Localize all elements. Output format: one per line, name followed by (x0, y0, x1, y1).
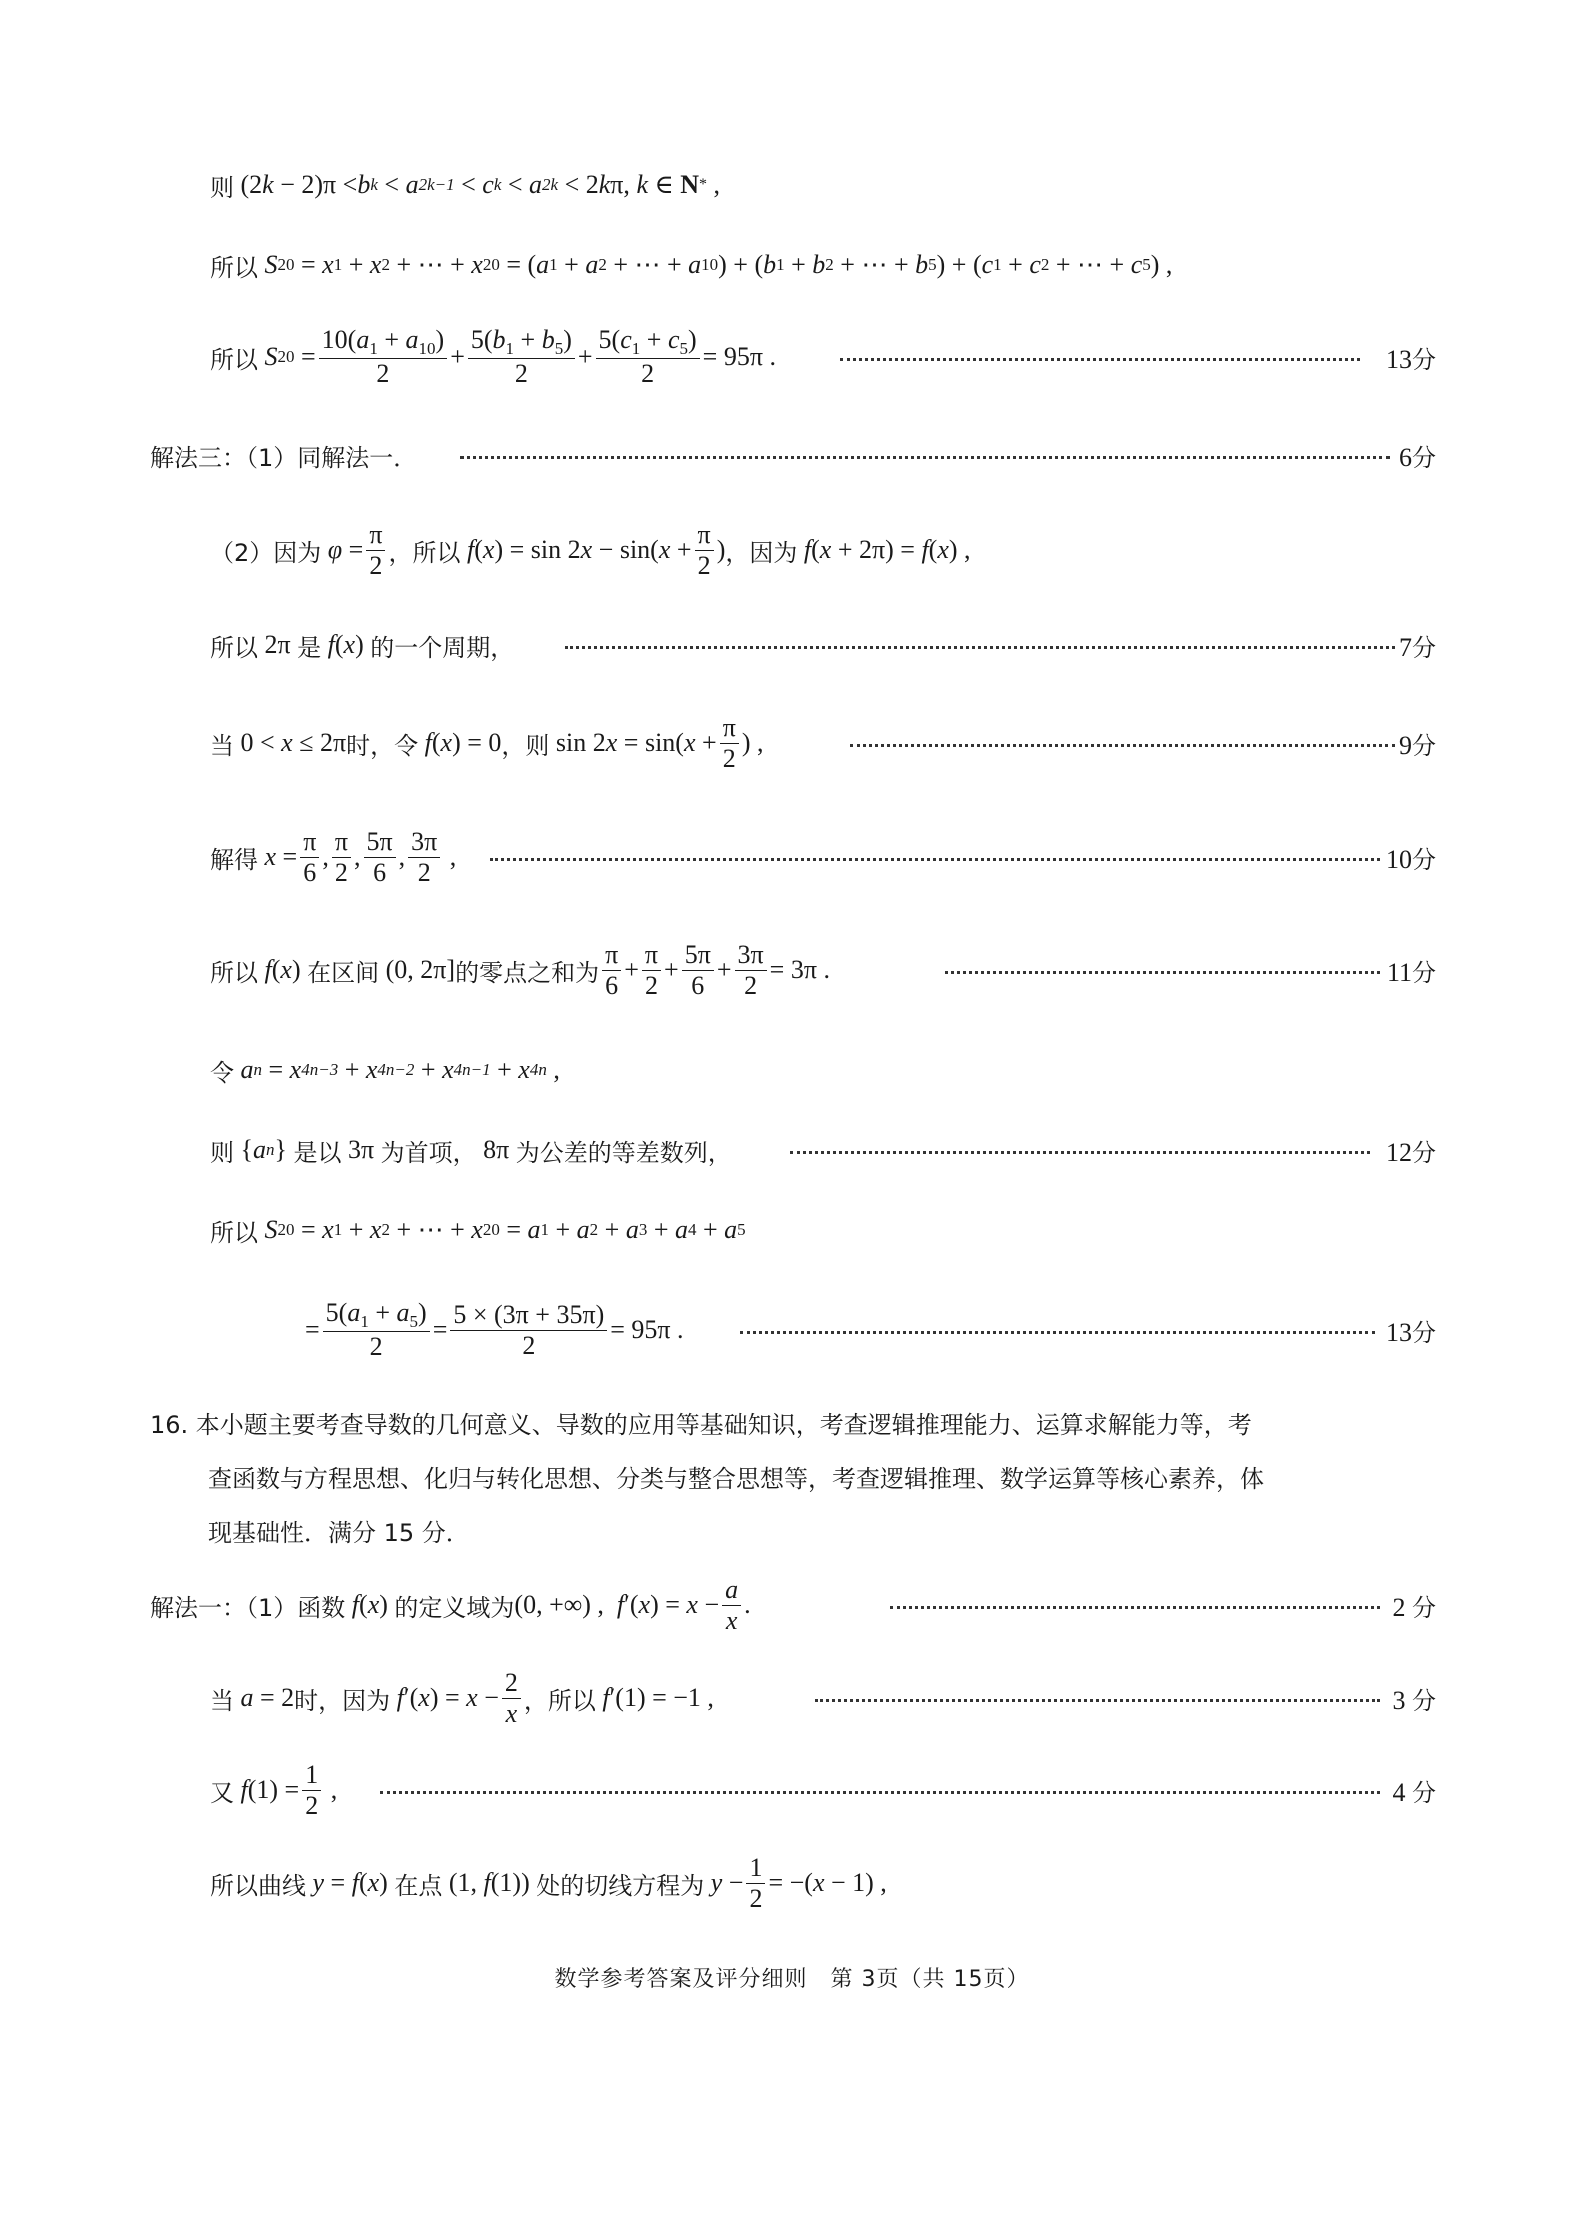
score-6: 6分 (1399, 438, 1436, 473)
line-method3-part1: 解法三：（1）同解法一． 6分 (0, 410, 1584, 500)
score-4: 4 分 (1393, 1773, 1437, 1808)
line-s20-decomposition: 所以 S20 = x1 + x2 + ⋯ + x20 = (a1 + a2 + … (0, 220, 1584, 310)
leader-dots (790, 1149, 1370, 1154)
leader-dots (850, 742, 1395, 747)
answer-key-page: 则 (2k − 2)π < bk < a2k−1 < ck < a2k < 2k… (0, 0, 1584, 2240)
score-12: 12分 (1386, 1133, 1436, 1168)
question-16-description: 16. 本小题主要考查导数的几何意义、导数的应用等基础知识，考查逻辑推理能力、运… (150, 1398, 1440, 1560)
leader-dots (460, 454, 1390, 459)
score-13: 13分 (1386, 340, 1436, 375)
leader-dots (945, 969, 1380, 974)
score-13: 13分 (1386, 1313, 1436, 1348)
line-s20-result-method3: = 5(a1 + a5)2= 5 × (3π + 35π)2 = 95π . 1… (0, 1285, 1584, 1375)
line-arithmetic-seq: 则 {an} 是以 3π 为首项， 8π 为公差的等差数列， 12分 (0, 1105, 1584, 1195)
line-define-an: 令 an = x4n−3 + x4n−2 + x4n−1 + x4n , (0, 1025, 1584, 1115)
score-2: 2 分 (1393, 1588, 1437, 1623)
score-11: 11分 (1387, 953, 1436, 988)
score-7: 7分 (1399, 628, 1436, 663)
line-inequality-chain: 则 (2k − 2)π < bk < a2k−1 < ck < a2k < 2k… (0, 140, 1584, 230)
score-10: 10分 (1386, 840, 1436, 875)
score-9: 9分 (1399, 726, 1436, 761)
line-s20-result-method2: 所以 S20 = 10(a1 + a10)2+ 5(b1 + b5)2+ 5(c… (0, 312, 1584, 402)
line-solutions: 解得 x = π6, π2, 5π6, 3π2 , 10分 (0, 812, 1584, 902)
line-zero-condition: 当 0 < x ≤ 2π 时，令 f(x) = 0 ，则 sin 2x = si… (0, 698, 1584, 788)
leader-dots (815, 1697, 1380, 1702)
line-period: 所以 2π 是 f(x) 的一个周期， 7分 (0, 600, 1584, 690)
leader-dots (740, 1329, 1375, 1334)
leader-dots (890, 1604, 1380, 1609)
line-f-at-1: 又 f(1) = 12 , 4 分 (0, 1745, 1584, 1835)
line-zero-sum: 所以 f(x) 在区间 (0, 2π] 的零点之和为 π6+ π2+ 5π6+ … (0, 925, 1584, 1015)
line-method3-part2-setup: （2）因为 φ = π2 ，所以 f(x) = sin 2x − sin(x +… (0, 505, 1584, 595)
line-tangent-equation: 所以曲线 y = f(x) 在点 (1, f(1)) 处的切线方程为 y − 1… (0, 1838, 1584, 1928)
score-3: 3 分 (1393, 1681, 1437, 1716)
leader-dots (565, 644, 1395, 649)
line-derivative-at-1: 当 a = 2 时，因为 f′(x) = x − 2x ，所以 f′(1) = … (0, 1653, 1584, 1743)
line-s20-sum-method3: 所以 S20 = x1 + x2 + ⋯ + x20 = a1 + a2 + a… (0, 1185, 1584, 1275)
leader-dots (840, 356, 1360, 361)
leader-dots (490, 856, 1380, 861)
leader-dots (380, 1789, 1380, 1794)
line-method1-domain: 解法一：（1）函数 f(x) 的定义域为 (0, +∞) , f′(x) = x… (0, 1560, 1584, 1650)
page-footer: 数学参考答案及评分细则 第 3页（共 15页） (0, 1962, 1584, 1993)
